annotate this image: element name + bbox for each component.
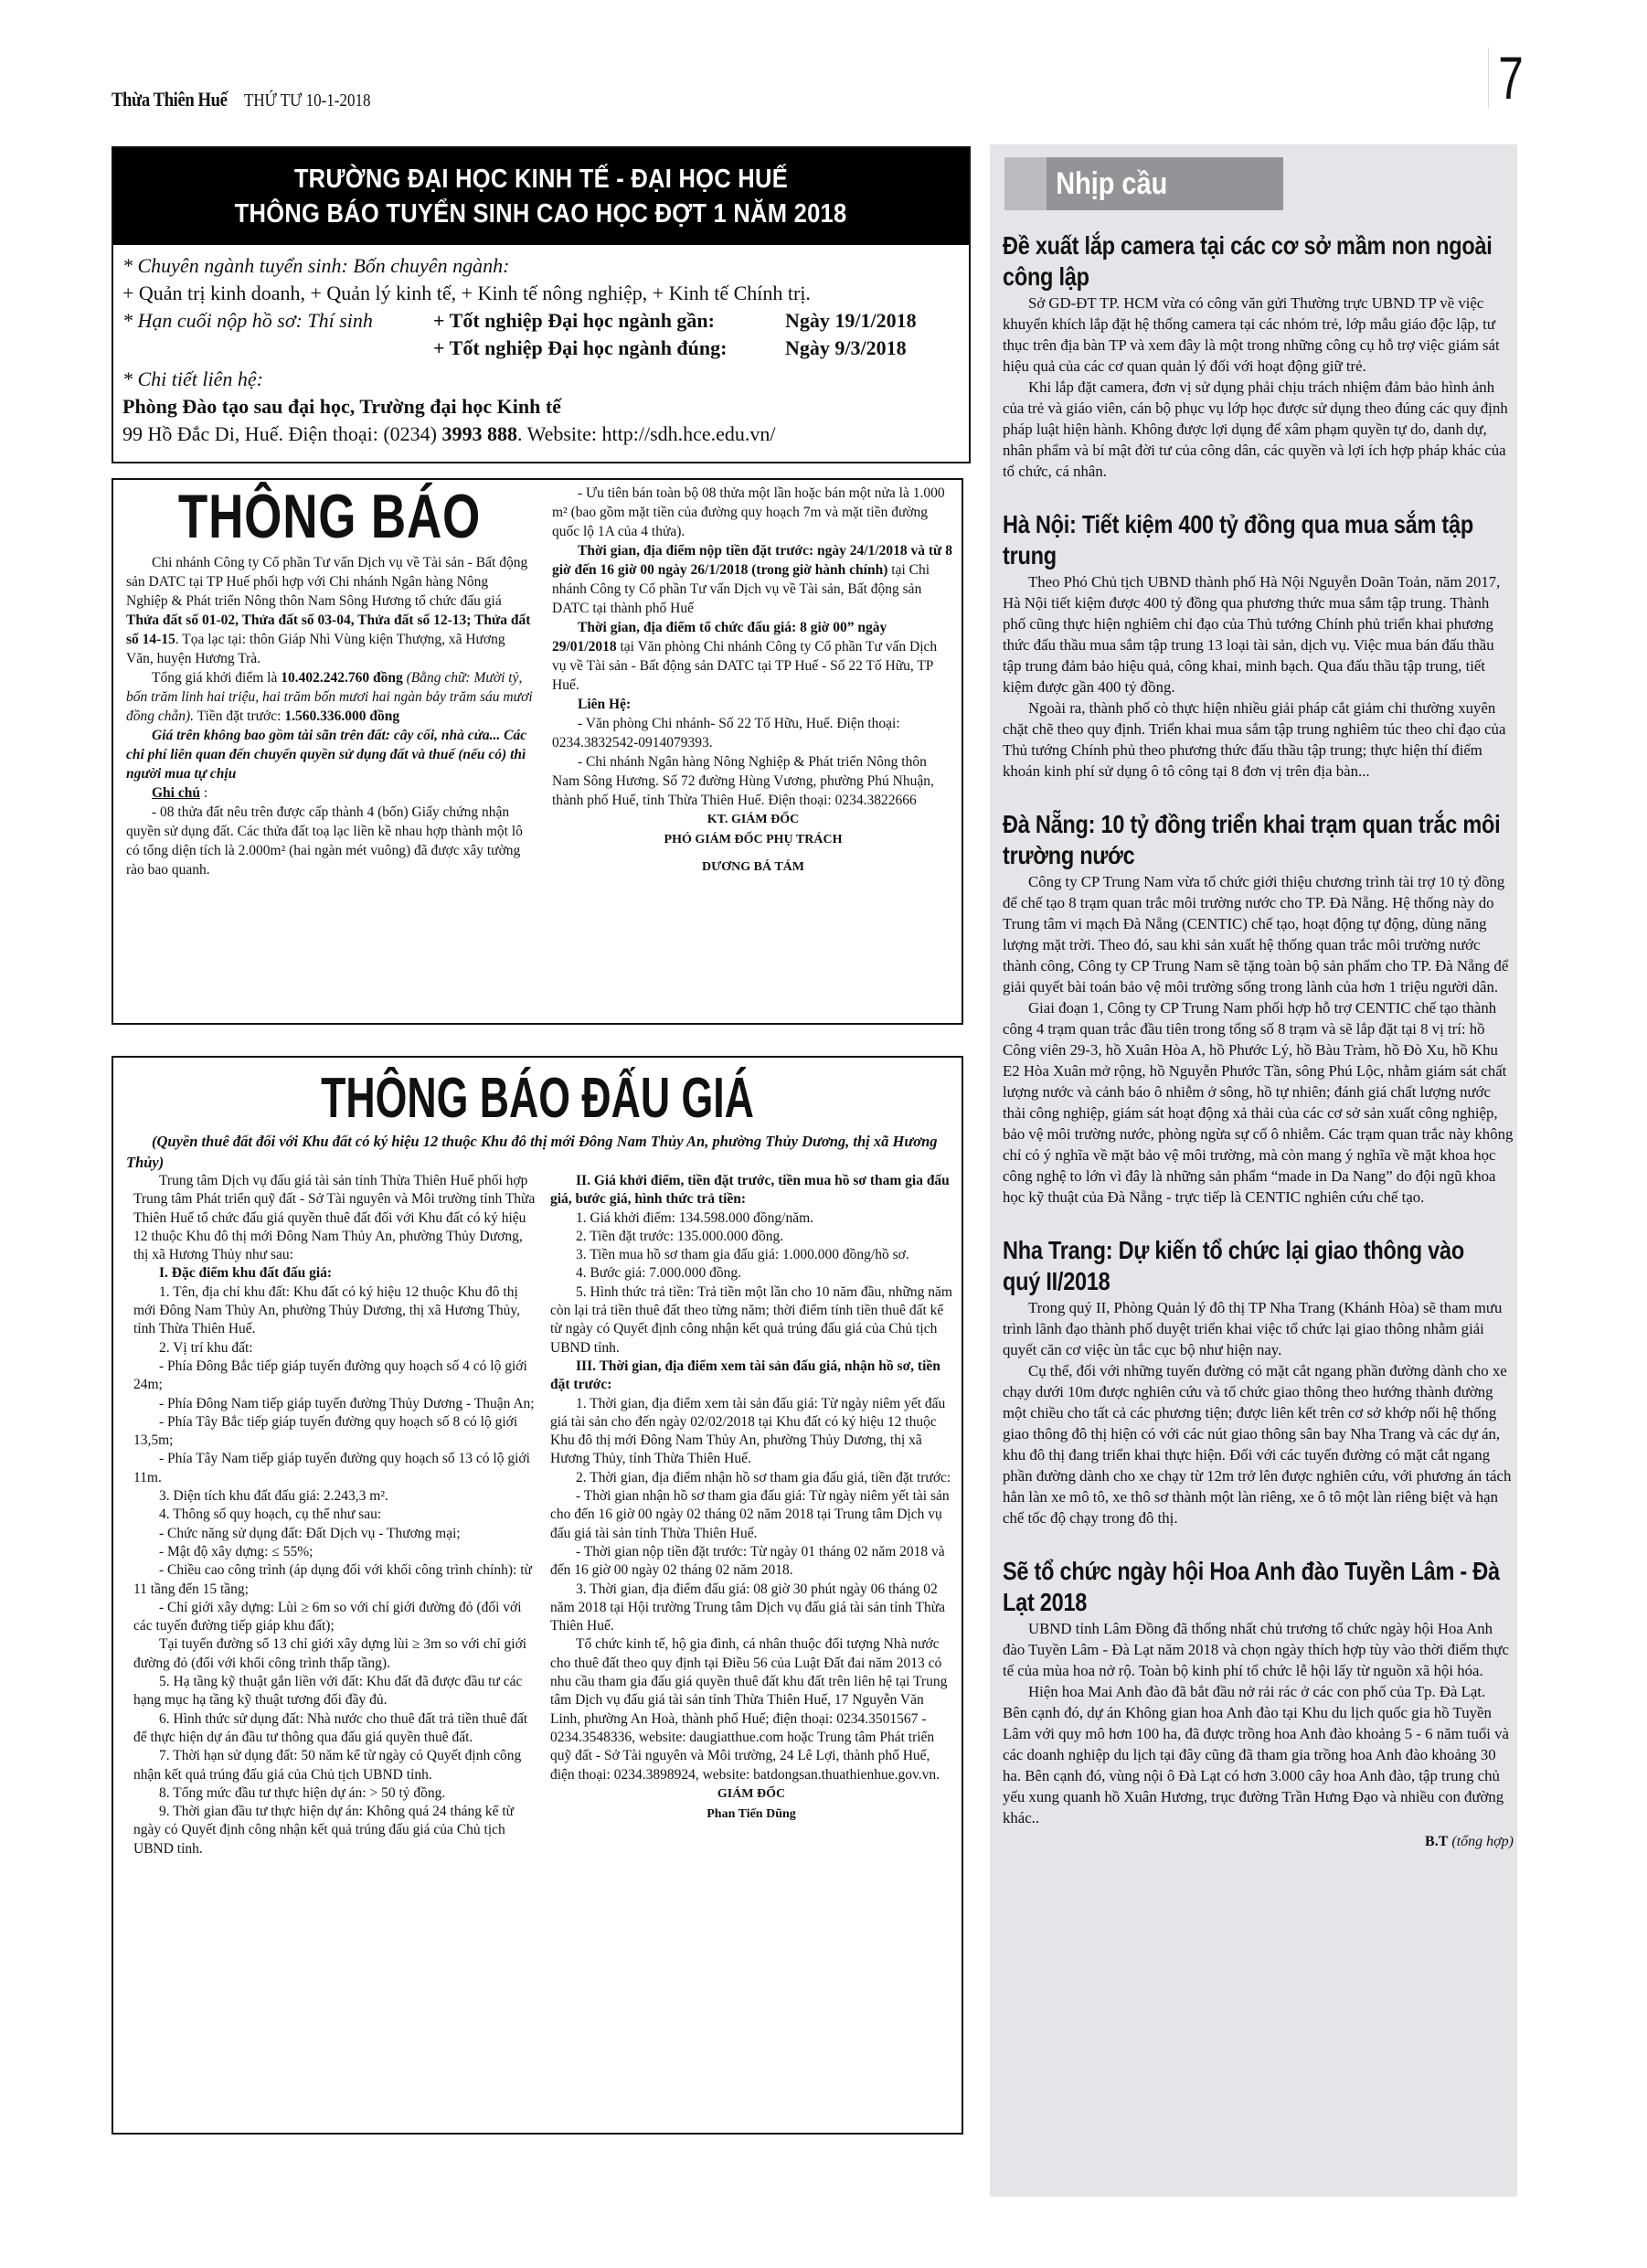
news-headline: Đà Nẵng: 10 tỷ đồng triển khai trạm quan… — [1003, 809, 1502, 871]
notice-paragraph: Chi nhánh Công ty Cổ phần Tư vấn Dịch vụ… — [126, 553, 533, 668]
auction-paragraph: - Mật độ xây dựng: ≤ 55%; — [133, 1543, 536, 1561]
paper-name: Thừa Thiên Huế — [112, 88, 228, 112]
section-label: Nhịp cầu — [1004, 157, 1283, 210]
auction-paragraph: 3. Tiền mua hồ sơ tham gia đấu giá: 1.00… — [550, 1246, 952, 1264]
notice-right-column: - Ưu tiên bán toàn bộ 08 thửa một lần ho… — [552, 484, 954, 878]
issue-date: THỨ TƯ 10-1-2018 — [244, 91, 370, 112]
contact-website: . Website: http://sdh.hce.edu.vn/ — [517, 422, 776, 445]
auction-paragraph: Trung tâm Dịch vụ đấu giá tài sản tỉnh T… — [133, 1172, 536, 1264]
section-label-text: Nhịp cầu — [1047, 157, 1167, 210]
auction-paragraph: 6. Hình thức sử dụng đất: Nhà nước cho t… — [133, 1710, 536, 1748]
news-paragraph: Khi lắp đặt camera, đơn vị sử dụng phải … — [1003, 377, 1514, 482]
note-label: Ghi chú — [152, 785, 200, 801]
auction-paragraph: 5. Hình thức trả tiền: Trả tiền một lần … — [550, 1283, 952, 1358]
news-body: Công ty CP Trung Nam vừa tổ chức giới th… — [1003, 871, 1514, 1208]
news-paragraph: Công ty CP Trung Nam vừa tổ chức giới th… — [1003, 871, 1514, 997]
auction-paragraph: 8. Tổng mức đầu tư thực hiện dự án: > 50… — [133, 1784, 536, 1803]
auction-paragraph: - Thời gian nhận hồ sơ tham gia đấu giá:… — [550, 1487, 952, 1543]
byline: B.T (tổng hợp) — [1003, 1834, 1514, 1850]
auction-paragraph: - Chức năng sử dụng đất: Đất Dịch vụ - T… — [133, 1525, 536, 1543]
notice-paragraph: Tổng giá khởi điểm là 10.402.242.760 đồn… — [126, 668, 533, 726]
byline-author: B.T — [1425, 1834, 1448, 1849]
article-list: Đề xuất lắp camera tại các cơ sở mầm non… — [1003, 230, 1514, 1828]
auction-paragraph: - Phía Tây Bắc tiếp giáp tuyến đường quy… — [133, 1413, 536, 1451]
news-paragraph: Cụ thể, đối với những tuyến đường có mặt… — [1003, 1360, 1514, 1528]
notice-paragraph: Thời gian, địa điểm tổ chức đấu giá: 8 g… — [552, 618, 954, 695]
news-article: Đà Nẵng: 10 tỷ đồng triển khai trạm quan… — [1003, 809, 1514, 1208]
news-body: Trong quý II, Phòng Quản lý đô thị TP Nh… — [1003, 1297, 1514, 1528]
news-article: Hà Nội: Tiết kiệm 400 tỷ đồng qua mua sắ… — [1003, 509, 1514, 782]
news-body: UBND tỉnh Lâm Đồng đã thống nhất chủ trư… — [1003, 1618, 1514, 1828]
contact-office: Phòng Đào tạo sau đại học, Trường đại họ… — [122, 393, 960, 421]
deadline-condition: + Tốt nghiệp Đại học ngành gần: — [433, 307, 785, 335]
notice-paragraph: - 08 thửa đất nêu trên được cấp thành 4 … — [126, 803, 533, 879]
auction-title: THÔNG BÁO ĐẤU GIÁ — [232, 1067, 843, 1131]
news-headline: Sẽ tổ chức ngày hội Hoa Anh đào Tuyền Lâ… — [1003, 1556, 1502, 1618]
auction-paragraph: 5. Hạ tầng kỹ thuật gắn liền với đất: Kh… — [133, 1673, 536, 1710]
auction-paragraph: - Phía Đông Nam tiếp giáp tuyến đường Th… — [133, 1395, 536, 1413]
news-body: Theo Phó Chủ tịch UBND thành phố Hà Nội … — [1003, 571, 1514, 782]
auction-paragraph: - Chiều cao công trình (áp dụng đối với … — [133, 1561, 536, 1599]
text: : — [200, 785, 207, 801]
starting-price: 10.402.242.760 đồng — [281, 670, 403, 686]
news-body: Sở GD-ĐT TP. HCM vừa có công văn gửi Thư… — [1003, 293, 1514, 482]
admissions-ad-body: * Chuyên ngành tuyển sinh: Bốn chuyên ng… — [113, 245, 969, 448]
auction-paragraph: 2. Thời gian, địa điểm nhận hồ sơ tham g… — [550, 1469, 952, 1487]
auction-paragraph: 3. Thời gian, địa điểm đấu giá: 08 giờ 3… — [550, 1581, 952, 1636]
text: Tổng giá khởi điểm là — [152, 670, 281, 686]
news-paragraph: Giai đoạn 1, Công ty CP Trung Nam phối h… — [1003, 997, 1514, 1208]
auction-paragraph: Tại tuyến đường số 13 chỉ giới xây dựng … — [133, 1635, 536, 1673]
contact-phone: 3993 888 — [441, 422, 517, 445]
notice-paragraph: Thời gian, địa điểm nộp tiền đặt trước: … — [552, 541, 954, 618]
news-article: Đề xuất lắp camera tại các cơ sở mầm non… — [1003, 230, 1514, 482]
nhip-cau-sidebar: Nhịp cầu Đề xuất lắp camera tại các cơ s… — [990, 144, 1517, 2197]
contact-address-text: 99 Hồ Đắc Di, Huế. Điện thoại: (0234) — [122, 422, 441, 445]
admissions-title-line2: THÔNG BÁO TUYỂN SINH CAO HỌC ĐỢT 1 NĂM 2… — [235, 197, 847, 231]
auction-paragraph: 1. Giá khởi điểm: 134.598.000 đồng/năm. — [550, 1209, 952, 1228]
left-column: TRƯỜNG ĐẠI HỌC KINH TẾ - ĐẠI HỌC HUẾ THÔ… — [112, 146, 971, 463]
auction-signature-name: Phan Tiến Dũng — [550, 1805, 952, 1825]
deadline-row-2: + Tốt nghiệp Đại học ngành đúng: Ngày 9/… — [122, 335, 960, 362]
notice-paragraph: - Chi nhánh Ngân hàng Nông Nghiệp & Phát… — [552, 752, 954, 810]
auction-ad: THÔNG BÁO ĐẤU GIÁ (Quyền thuê đất đối vớ… — [112, 1056, 963, 2135]
news-article: Sẽ tổ chức ngày hội Hoa Anh đào Tuyền Lâ… — [1003, 1556, 1514, 1828]
notice-paragraph: - Văn phòng Chi nhánh- Số 22 Tố Hữu, Huế… — [552, 714, 954, 752]
auction-paragraph: 4. Thông số quy hoạch, cụ thể như sau: — [133, 1506, 536, 1524]
auction-paragraph: - Phía Đông Bắc tiếp giáp tuyến đường qu… — [133, 1358, 536, 1395]
signature-subtitle: PHÓ GIÁM ĐỐC PHỤ TRÁCH — [552, 830, 954, 850]
text: Chi nhánh Công ty Cổ phần Tư vấn Dịch vụ… — [126, 555, 527, 609]
news-paragraph: Theo Phó Chủ tịch UBND thành phố Hà Nội … — [1003, 571, 1514, 697]
majors-label: * Chuyên ngành tuyển sinh: Bốn chuyên ng… — [122, 252, 960, 280]
notice-paragraph: - Ưu tiên bán toàn bộ 08 thửa một lần ho… — [552, 484, 954, 541]
auction-left-column: Trung tâm Dịch vụ đấu giá tài sản tỉnh T… — [133, 1172, 536, 1858]
text: Tiền đặt trước: — [194, 708, 284, 724]
auction-paragraph: - Phía Tây Nam tiếp giáp tuyến đường quy… — [133, 1450, 536, 1487]
news-paragraph: Trong quý II, Phòng Quản lý đô thị TP Nh… — [1003, 1297, 1514, 1360]
auction-paragraph: - Chỉ giới xây dựng: Lùi ≥ 6m so với chỉ… — [133, 1599, 536, 1636]
admissions-ad: TRƯỜNG ĐẠI HỌC KINH TẾ - ĐẠI HỌC HUẾ THÔ… — [112, 146, 971, 463]
auction-paragraph: 1. Tên, địa chỉ khu đất: Khu đất có ký h… — [133, 1283, 536, 1339]
admissions-ad-header: TRƯỜNG ĐẠI HỌC KINH TẾ - ĐẠI HỌC HUẾ THÔ… — [113, 148, 969, 245]
auction-right-column: II. Giá khởi điểm, tiền đặt trước, tiền … — [550, 1172, 952, 1825]
label-stub — [1004, 157, 1047, 210]
notice-ad: THÔNG BÁO Chi nhánh Công ty Cổ phần Tư v… — [112, 478, 963, 1025]
majors-list: + Quản trị kinh doanh, + Quản lý kinh tế… — [122, 280, 960, 307]
contact-address: 99 Hồ Đắc Di, Huế. Điện thoại: (0234) 39… — [122, 421, 960, 448]
deadline-date: Ngày 9/3/2018 — [785, 335, 907, 362]
auction-paragraph: 7. Thời hạn sử dụng đất: 50 năm kể từ ng… — [133, 1747, 536, 1784]
deadline-condition: + Tốt nghiệp Đại học ngành đúng: — [433, 335, 785, 362]
admissions-title-line1: TRƯỜNG ĐẠI HỌC KINH TẾ - ĐẠI HỌC HUẾ — [294, 162, 788, 197]
news-paragraph: Sở GD-ĐT TP. HCM vừa có công văn gửi Thư… — [1003, 293, 1514, 377]
auction-paragraph: 9. Thời gian đầu tư thực hiện dự án: Khô… — [133, 1803, 536, 1858]
news-paragraph: UBND tỉnh Lâm Đồng đã thống nhất chủ trư… — [1003, 1618, 1514, 1681]
auction-paragraph: I. Đặc điểm khu đất đấu giá: — [133, 1264, 536, 1283]
deposit-amount: 1.560.336.000 đồng — [284, 708, 399, 724]
notice-left-column: THÔNG BÁO Chi nhánh Công ty Cổ phần Tư v… — [126, 480, 533, 879]
page-number: 7 — [1488, 48, 1524, 108]
auction-paragraph: Tổ chức kinh tế, hộ gia đình, cá nhân th… — [550, 1635, 952, 1784]
news-paragraph: Hiện hoa Mai Anh đào đã bắt đầu nở rải r… — [1003, 1681, 1514, 1828]
news-headline: Đề xuất lắp camera tại các cơ sở mầm non… — [1003, 230, 1502, 293]
auction-paragraph: - Thời gian nộp tiền đặt trước: Từ ngày … — [550, 1543, 952, 1581]
news-article: Nha Trang: Dự kiến tổ chức lại giao thôn… — [1003, 1235, 1514, 1528]
deadline-date: Ngày 19/1/2018 — [785, 307, 917, 335]
auction-paragraph: 4. Bước giá: 7.000.000 đồng. — [550, 1264, 952, 1283]
auction-paragraph: 3. Diện tích khu đất đấu giá: 2.243,3 m²… — [133, 1487, 536, 1506]
auction-paragraph: 1. Thời gian, địa điểm xem tài sản đấu g… — [550, 1395, 952, 1469]
auction-paragraph: II. Giá khởi điểm, tiền đặt trước, tiền … — [550, 1172, 952, 1209]
auction-paragraph: 2. Tiền đặt trước: 135.000.000 đồng. — [550, 1228, 952, 1246]
note-heading: Ghi chú : — [126, 783, 533, 803]
auction-paragraph: III. Thời gian, địa điểm xem tài sản đấu… — [550, 1358, 952, 1395]
signature-name: DƯƠNG BÁ TÁM — [552, 857, 954, 878]
contact-heading: Liên Hệ: — [552, 695, 954, 714]
auction-signature-title: GIÁM ĐỐC — [550, 1784, 952, 1805]
news-paragraph: Ngoài ra, thành phố cò thực hiện nhiều g… — [1003, 697, 1514, 782]
masthead: Thừa Thiên Huế THỨ TƯ 10-1-2018 — [112, 88, 393, 112]
deadline-label: * Hạn cuối nộp hồ sơ: Thí sinh — [122, 307, 433, 335]
byline-note: (tổng hợp) — [1448, 1834, 1514, 1849]
news-headline: Nha Trang: Dự kiến tổ chức lại giao thôn… — [1003, 1235, 1502, 1297]
notice-paragraph: Giá trên không bao gồm tài sãn trên đất:… — [126, 726, 533, 783]
notice-title: THÔNG BÁO — [171, 480, 488, 553]
deadline-row-1: * Hạn cuối nộp hồ sơ: Thí sinh + Tốt ngh… — [122, 307, 960, 335]
auction-subtitle: (Quyền thuê đất đối với Khu đất có ký hi… — [113, 1131, 962, 1173]
text: . Tọa lạc tại: thôn Giáp Nhì Vùng kiện T… — [126, 632, 505, 666]
contact-label: * Chi tiết liên hệ: — [122, 366, 960, 393]
signature-title: KT. GIÁM ĐỐC — [552, 810, 954, 830]
auction-paragraph: 2. Vị trí khu đất: — [133, 1339, 536, 1358]
news-headline: Hà Nội: Tiết kiệm 400 tỷ đồng qua mua sắ… — [1003, 509, 1502, 571]
